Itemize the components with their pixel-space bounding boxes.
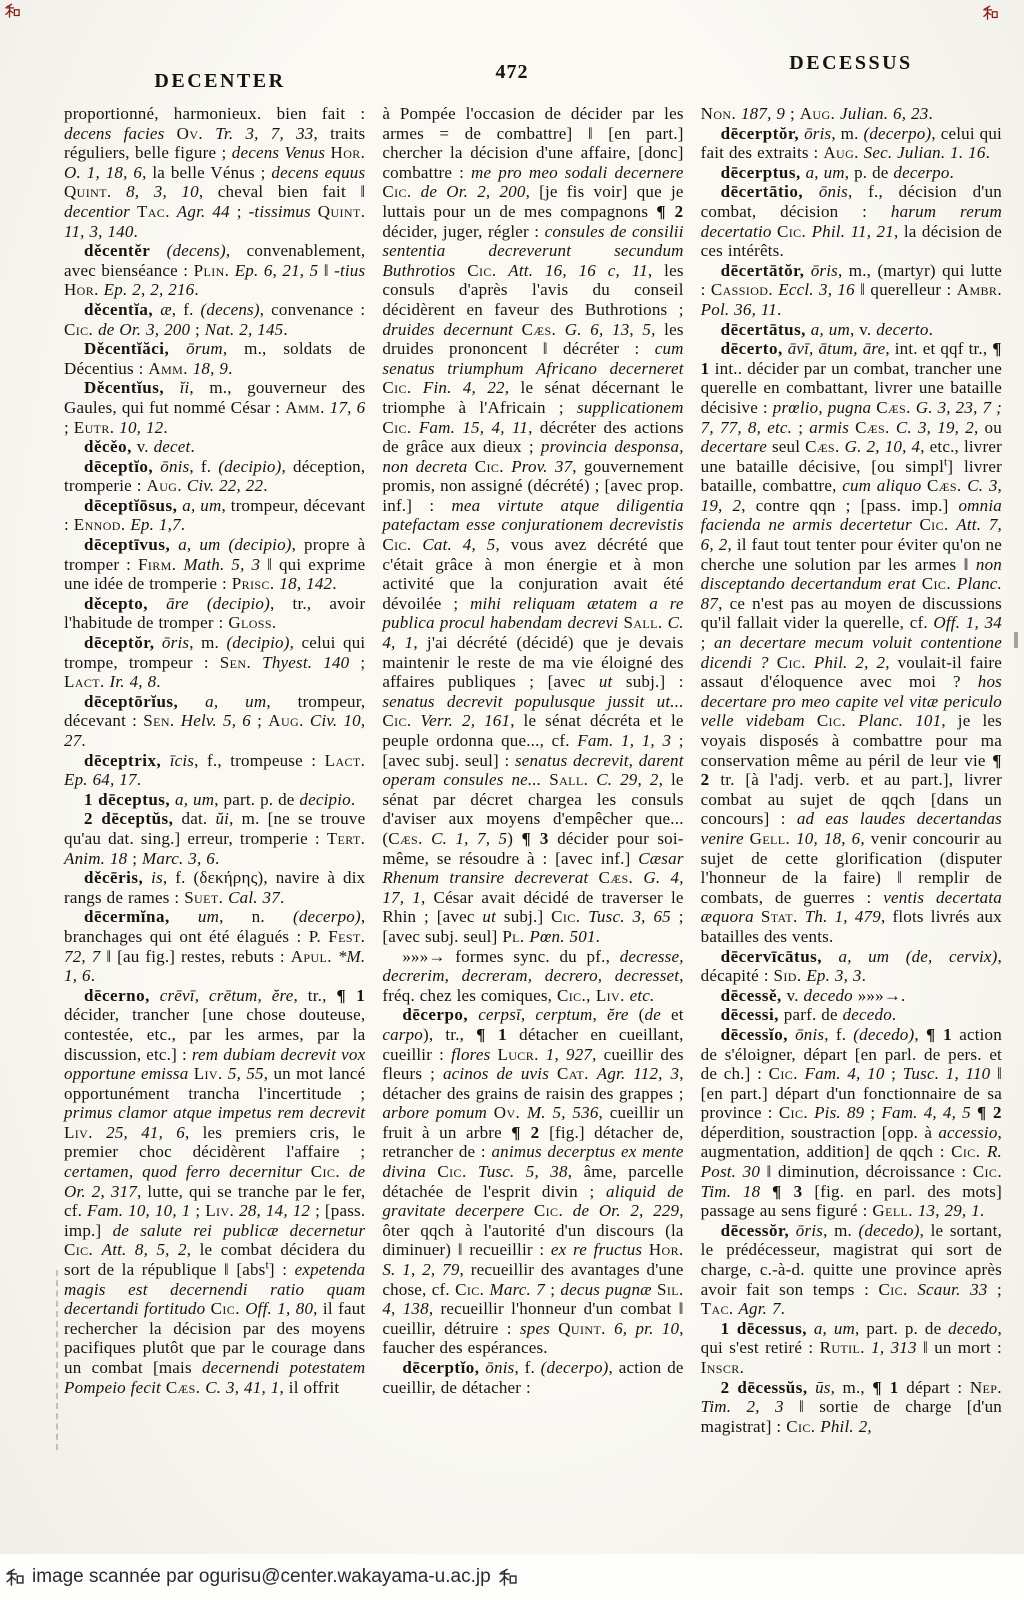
text-run-ital: Ep. 2, 2, 216	[104, 280, 195, 299]
text-run	[496, 261, 508, 280]
entry-paragraph: dēcessĭo, ōnis, f. (decedo), ¶ 1 action …	[701, 1025, 1002, 1221]
text-run-bold: ¶ 3	[772, 1182, 803, 1201]
text-run-ital: a, um	[806, 163, 845, 182]
entry-paragraph: proportionné, harmonieux. bien fait : de…	[64, 104, 365, 241]
text-run	[549, 1064, 557, 1083]
text-run: ;	[190, 320, 205, 339]
kanji-wa-mark	[499, 1568, 517, 1586]
text-run: , v.	[850, 320, 876, 339]
entry-paragraph: dēceptrix, īcis, f., trompeuse : Lact. E…	[64, 751, 365, 790]
text-run	[754, 907, 761, 926]
text-run: , m.,	[831, 1378, 873, 1397]
text-run-ital: Ir. 4, 8	[110, 672, 157, 691]
entry-paragraph: dēcerpo, cerpsī, cerptum, ĕre (de et car…	[382, 1005, 683, 1358]
text-run: .	[81, 731, 85, 750]
text-run-ital: decens facies	[64, 124, 164, 143]
text-run-ital: ōnis	[485, 1358, 514, 1377]
text-run-ital: a, um	[811, 320, 850, 339]
text-run-ital: flores	[451, 1045, 490, 1064]
text-run-smallcaps: Fest.	[328, 927, 365, 946]
text-run: , contre qqn ; [pass. imp.]	[741, 496, 958, 515]
text-run-bold: dēcermĭna,	[84, 907, 170, 926]
text-run-ital: prœlio, pugna	[773, 398, 872, 417]
text-run: ;	[792, 418, 809, 437]
text-run-ital: Fam. 1, 1, 3	[577, 731, 671, 750]
text-run-ital: 18, 9	[193, 359, 228, 378]
text-run-bold: děcentěr	[84, 241, 150, 260]
text-run-ital: Cat. 4, 5	[422, 535, 495, 554]
text-run: , f.	[172, 300, 201, 319]
entry-paragraph: dēcessi, parf. de decedo.	[701, 1005, 1002, 1025]
text-run-ital: C. 3, 19, 2	[896, 418, 974, 437]
text-run: ;	[545, 1280, 560, 1299]
text-run-smallcaps: Firm.	[138, 555, 176, 574]
text-run	[642, 1240, 649, 1259]
text-run-ital: Th. 1, 479	[805, 907, 881, 926]
text-run-ital: āre (decipio)	[166, 594, 270, 613]
text-run: , convenance :	[260, 300, 366, 319]
text-run	[550, 1319, 558, 1338]
entry-paragraph: děcentĭa, æ, f. (decens), convenance : C…	[64, 300, 365, 339]
text-run	[170, 907, 198, 926]
text-run	[426, 1162, 437, 1181]
entry-paragraph: dēcertātus, a, um, v. decerto.	[701, 320, 1002, 340]
entry-paragraph: 2 dēceptŭs, dat. ŭi, m. [ne se trouve qu…	[64, 809, 365, 868]
text-run-smallcaps: Cic.	[922, 574, 951, 593]
text-run-smallcaps: Gloss.	[228, 613, 276, 632]
text-run: .	[280, 888, 284, 907]
text-run-ital: 1, 927	[546, 1045, 592, 1064]
text-run-ital: de Or. 2, 229	[573, 1201, 679, 1220]
text-run-smallcaps: Cic.	[64, 1240, 93, 1259]
text-run: proportionné, harmonieux. bien fait :	[64, 104, 365, 123]
text-run-smallcaps: Inscr.	[701, 1358, 745, 1377]
text-run-ital: æ	[160, 300, 172, 319]
text-run-ital: spes	[520, 1319, 550, 1338]
text-run-ital: Pis. 89	[814, 1103, 864, 1122]
text-run-ital: cum aliquo	[842, 476, 921, 495]
text-run: .	[986, 143, 990, 162]
text-run-ital: Agr. 112, 3	[597, 1064, 679, 1083]
text-run-bold: dēceptīvus,	[84, 535, 170, 554]
text-run-ital: Tr. 3, 7, 33	[215, 124, 313, 143]
text-run-smallcaps: Cæs.	[388, 829, 423, 848]
text-run-ital: decertare	[701, 437, 767, 456]
text-run-bold: děcēris,	[84, 868, 143, 887]
text-run-ital: (decedo)	[859, 1221, 920, 1240]
entry-paragraph: Non. 187, 9 ; Aug. Julian. 6, 23.	[701, 104, 1002, 124]
text-run	[563, 1201, 573, 1220]
text-run-ital: G. 6, 13, 5	[565, 320, 651, 339]
text-run-bold: ¶ 2	[977, 1103, 1002, 1122]
text-run	[633, 868, 643, 887]
entry-paragraph: dēcertātio, ōnis, f., décision d'un comb…	[701, 182, 1002, 260]
text-run-ital: O. 1, 18, 6	[64, 163, 142, 182]
text-run: .	[263, 476, 267, 495]
text-run-ital: decet	[154, 437, 191, 456]
text-run-smallcaps: Cæs.	[166, 1378, 201, 1397]
text-run-ital: crēvī, crētum, ĕre	[160, 986, 294, 1005]
text-run-ital: Off. 1, 80	[245, 1299, 313, 1318]
text-run	[588, 770, 596, 789]
text-run-smallcaps: Gell.	[872, 1201, 913, 1220]
text-run-ital: āvī, ātum, āre	[788, 339, 886, 358]
text-run-smallcaps: Cic.	[437, 1162, 466, 1181]
text-run-ital: -tius	[334, 261, 365, 280]
text-run-ital: īcis	[170, 751, 194, 770]
text-run	[93, 1123, 106, 1142]
text-run-smallcaps: Ov.	[177, 124, 203, 143]
text-run-ital: Ep. 3, 3	[806, 966, 861, 985]
text-run: ;	[988, 1280, 1002, 1299]
text-run-smallcaps: Aug.	[268, 711, 303, 730]
entry-paragraph: dēcessě, v. decedo »»»→.	[701, 986, 1002, 1006]
text-run	[203, 124, 215, 143]
text-run-bold: ¶ 2	[511, 1123, 539, 1142]
text-run-ital: Tusc. 1, 110	[903, 1064, 991, 1083]
text-run-ital: decentior	[64, 202, 130, 221]
text-run-ital: de Or. 2, 200	[421, 182, 526, 201]
text-run-ital: Fam. 4, 10	[805, 1064, 885, 1083]
text-run-ital: 187, 9	[741, 104, 785, 123]
text-run-ital: Phil. 11, 21	[812, 222, 894, 241]
text-run-ital: 25, 41, 6	[106, 1123, 185, 1142]
text-run-ital: Prov. 37	[511, 457, 572, 476]
text-run: , m.	[823, 1221, 858, 1240]
text-run: .	[181, 515, 185, 534]
text-run: dat.	[173, 809, 215, 828]
text-run-ital: certamen, quod ferro decernitur	[64, 1162, 302, 1181]
text-run	[412, 418, 419, 437]
entry-paragraph: děcēris, is, f. (δεκήρης), navire à dix …	[64, 868, 365, 907]
scan-credit-footer: image scannée par ogurisu@center.wakayam…	[0, 1554, 1024, 1600]
text-run-ital: Pol. 36, 11	[701, 300, 777, 319]
text-run	[806, 653, 814, 672]
text-run-smallcaps: Quint.	[558, 1319, 606, 1338]
text-run-bold: dēcessi,	[721, 1005, 779, 1024]
text-run-smallcaps: Cat.	[557, 1064, 589, 1083]
text-run-smallcaps: Tac.	[701, 1299, 734, 1318]
text-run-smallcaps: Cæs.	[805, 437, 840, 456]
text-run-ital: decedo	[948, 1319, 997, 1338]
entry-paragraph: děcěo, v. decet.	[64, 437, 365, 457]
text-run-ital: Fam. 4, 4, 5	[881, 1103, 970, 1122]
text-run-smallcaps: Cic.	[382, 418, 411, 437]
text-run: ;	[127, 849, 142, 868]
text-run-smallcaps: Cic.	[211, 1299, 240, 1318]
text-run-bold: dēceptŏr,	[84, 633, 154, 652]
text-run: ‖	[318, 261, 334, 280]
text-run-bold: dēcertātŏr,	[721, 261, 805, 280]
text-run	[143, 868, 151, 887]
text-run: , il offrit	[279, 1378, 339, 1397]
text-run-ital: ōrum	[186, 339, 223, 358]
text-run-ital: decerto	[876, 320, 928, 339]
text-run: .	[156, 672, 160, 691]
text-run	[539, 1045, 546, 1064]
text-run-bold: dēcerpo,	[402, 1005, 468, 1024]
text-run-bold: ¶ 1	[476, 1025, 507, 1044]
text-run	[908, 1280, 918, 1299]
kanji-wa-mark	[983, 5, 998, 20]
entry-paragraph: dēcertātŏr, ōris, m., (martyr) qui lutte…	[701, 261, 1002, 320]
text-run-smallcaps: Lact.	[325, 751, 366, 770]
text-run: décider, juger, régler :	[382, 222, 544, 241]
text-run	[808, 1378, 815, 1397]
text-run-ital: Sec. Julian. 1. 16	[864, 143, 986, 162]
text-run: départ :	[899, 1378, 970, 1397]
text-columns: proportionné, harmonieux. bien fait : de…	[64, 104, 1002, 1436]
text-run-ital: decens equus	[271, 163, 365, 182]
text-run-bold: ¶ 1	[336, 986, 365, 1005]
text-run-ital: decedo	[804, 986, 853, 1005]
text-run-smallcaps: Cæs.	[876, 398, 911, 417]
text-run	[513, 320, 522, 339]
text-run-ital: 72, 7	[64, 947, 100, 966]
text-run-smallcaps: Nep.	[970, 1378, 1002, 1397]
entry-paragraph: 2 dēcessŭs, ūs, m., ¶ 1 départ : Nep. Ti…	[701, 1378, 1002, 1437]
text-run-smallcaps: Cic., Liv.	[557, 986, 625, 1005]
text-run-ital: (decens)	[167, 241, 226, 260]
text-run: , il faut tout tenter pour éviter qu'on …	[701, 535, 1002, 574]
text-run-ital: um	[198, 907, 219, 926]
text-run-smallcaps: Aug.	[800, 104, 835, 123]
text-run-smallcaps: Sid.	[774, 966, 802, 985]
entry-paragraph: Děcentĭăci, ōrum, m., soldats de Décenti…	[64, 339, 365, 378]
text-run-ital: Agr. 44	[177, 202, 230, 221]
text-run-ital: Verr. 2, 161	[420, 711, 510, 730]
text-run-ital: ut	[599, 672, 613, 691]
text-run-ital: Marc. 7	[490, 1280, 545, 1299]
text-run: ;	[785, 104, 800, 123]
text-run-smallcaps: Cic.	[382, 711, 411, 730]
text-run-smallcaps: Prisc.	[232, 574, 275, 593]
text-run	[112, 182, 127, 201]
kanji-wa-mark	[5, 3, 20, 18]
entry-paragraph: dēcerto, āvī, ātum, āre, int. et qqf tr.…	[701, 339, 1002, 946]
text-run: , n.	[219, 907, 293, 926]
text-run-ital: 28, 14, 12	[239, 1201, 310, 1220]
text-run-smallcaps: Sall.	[549, 770, 588, 789]
text-run-ital: Att. 8, 5, 2	[102, 1240, 187, 1259]
text-run: »»»→ formes sync. du pf.,	[402, 947, 619, 966]
text-run-ital: (decipio)	[226, 633, 289, 652]
text-run: , la belle Vénus ;	[142, 163, 271, 182]
text-run-ital: S. 1, 2, 79	[382, 1260, 459, 1279]
text-run-ital: (decedo)	[853, 1025, 914, 1044]
text-run: .	[928, 104, 932, 123]
text-run-ital: Fam. 15, 4, 11	[419, 418, 528, 437]
text-run	[487, 1103, 494, 1122]
entry-paragraph: dēceptīvus, a, um (decipio), propre à tr…	[64, 535, 365, 594]
text-run: , m.	[831, 124, 863, 143]
scan-artifact-left-dashes	[56, 1270, 58, 1450]
text-run-ital: Fin. 4, 22	[423, 378, 505, 397]
text-run	[169, 339, 186, 358]
text-run-smallcaps: Tert.	[327, 829, 366, 848]
text-run-smallcaps: Cic.	[817, 711, 846, 730]
text-run-bold: dēcerno,	[84, 986, 150, 1005]
text-run-ital: arbore pomum	[382, 1103, 487, 1122]
text-run: .	[781, 1299, 785, 1318]
text-run-bold: dēceptōrĭus,	[84, 692, 178, 711]
entry-paragraph: Děcentĭus, ĭi, m., gouverneur des Gaules…	[64, 378, 365, 437]
text-run-bold: dēceptĭo,	[84, 457, 153, 476]
text-run-smallcaps: Aug.	[147, 476, 182, 495]
entry-paragraph: 1 dēceptus, a, um, part. p. de decipio.	[64, 790, 365, 810]
text-run: .	[980, 1201, 984, 1220]
text-run-smallcaps: Cic.	[879, 1280, 908, 1299]
text-run: , ou	[974, 418, 1002, 437]
text-run-ital: 11, 3, 140	[64, 222, 134, 241]
text-run: )	[507, 829, 521, 848]
text-run-bold: dēcerptus,	[721, 163, 801, 182]
text-run-ital: supplicationem	[577, 398, 684, 417]
text-run-ital: Eccl. 3, 16	[778, 280, 855, 299]
text-run-bold: dēcessě,	[721, 986, 782, 1005]
text-run-ital: G. 2, 10, 4	[845, 437, 921, 456]
text-run	[154, 633, 161, 652]
text-run-ital: Marc. 3, 6	[142, 849, 215, 868]
text-run-ital: Tim. 2, 3	[701, 1397, 784, 1416]
text-run-bold: dēcertātio,	[721, 182, 803, 201]
text-run-bold: děcentĭa,	[84, 300, 153, 319]
text-run-bold: 2 dēceptŭs,	[84, 809, 173, 828]
entry-paragraph: dēceptŏr, ōris, m. (decipio), celui qui …	[64, 633, 365, 692]
text-run	[164, 378, 179, 397]
text-run-smallcaps: Plin.	[194, 261, 230, 280]
text-run	[467, 457, 474, 476]
text-run	[455, 261, 467, 280]
text-run: ;	[349, 653, 365, 672]
text-run	[589, 1064, 597, 1083]
text-run-smallcaps: Suet.	[184, 888, 223, 907]
text-run-smallcaps: Sall.	[623, 613, 662, 632]
text-run-smallcaps: Quint.	[64, 182, 112, 201]
text-run-smallcaps: Liv.	[205, 1201, 234, 1220]
text-run-smallcaps: Sen.	[220, 653, 251, 672]
entry-paragraph: dēceptōrĭus, a, um, trompeur, décevant :…	[64, 692, 365, 751]
text-run	[178, 692, 205, 711]
text-run-ital: -tissimus	[249, 202, 311, 221]
text-run-bold: 2 dēcessŭs,	[721, 1378, 808, 1397]
text-run-bold: dēceptrix,	[84, 751, 161, 770]
text-run: .	[134, 222, 138, 241]
text-run-ital: 10, 18, 6	[796, 829, 860, 848]
text-run-smallcaps: Cic.	[951, 1142, 980, 1161]
text-run-ital: carpo	[382, 1025, 423, 1044]
text-run-ital: a, um	[182, 496, 221, 515]
text-run-bold: Děcentĭus,	[84, 378, 164, 397]
text-run: , cheval bien fait ‖	[199, 182, 366, 201]
text-run: .	[283, 320, 287, 339]
text-run: .	[862, 966, 866, 985]
text-run	[340, 1162, 349, 1181]
entry-paragraph: dēcessŏr, ōris, m. (decedo), le sortant,…	[701, 1221, 1002, 1319]
text-run	[150, 241, 166, 260]
text-run	[467, 1162, 478, 1181]
text-run	[412, 378, 423, 397]
text-run-ital: Nat. 2, 145	[205, 320, 284, 339]
text-run-smallcaps: Lucr.	[497, 1045, 538, 1064]
text-run: ), tr.,	[423, 1025, 476, 1044]
text-run-ital: 6, pr. 10	[614, 1319, 679, 1338]
text-run-ital: ut	[482, 907, 496, 926]
running-head-last-word: DECESSUS	[700, 52, 1002, 75]
text-run-smallcaps: Cic.	[777, 222, 806, 241]
text-run: ‖ diminution, décroissance :	[760, 1162, 973, 1181]
text-run-bold: ¶ 2	[656, 202, 683, 221]
text-run-smallcaps: Cæs.	[855, 418, 890, 437]
scan-credit-text: image scannée par ogurisu@center.wakayam…	[32, 1566, 491, 1588]
text-run: déperdition, soustraction [opp. à	[701, 1123, 939, 1142]
text-run	[170, 202, 177, 221]
text-run	[807, 1319, 814, 1338]
text-run-ital: Ep. 1,7	[130, 515, 180, 534]
text-run-ital: decus pugnæ	[560, 1280, 651, 1299]
entry-paragraph: dēcerno, crēvī, crētum, ĕre, tr., ¶ 1 dé…	[64, 986, 365, 1397]
text-run-smallcaps: Apul.	[291, 947, 332, 966]
text-run-ital: a, um	[205, 692, 266, 711]
text-run	[588, 868, 598, 887]
text-run	[769, 653, 777, 672]
entry-paragraph: dēceptĭōsus, a, um, trompeur, décevant :…	[64, 496, 365, 535]
text-run-bold: dēcessĭo,	[721, 1025, 788, 1044]
text-run-smallcaps: Cic.	[777, 653, 806, 672]
text-run-smallcaps: Cic.	[919, 515, 948, 534]
text-run	[846, 711, 858, 730]
text-run-smallcaps: Cic.	[382, 182, 411, 201]
dictionary-page: DECENTER 472 DECESSUS proportionné, harm…	[0, 0, 1024, 1600]
text-run-ital: Julian. 6, 23	[840, 104, 928, 123]
text-run-ital: Off. 1, 34	[933, 613, 1002, 632]
text-run-ital: C. 3, 41, 1	[205, 1378, 279, 1397]
text-run-smallcaps: Aug.	[823, 143, 858, 162]
text-run-ital: (decipio)	[218, 457, 281, 476]
text-run-ital: (decerpo)	[863, 124, 931, 143]
text-run	[148, 594, 166, 613]
text-run: .	[190, 437, 194, 456]
text-run-smallcaps: Liv.	[194, 1064, 223, 1083]
text-run-smallcaps: Cic.	[382, 378, 411, 397]
text-run-ital: Tusc. 3, 65	[588, 907, 671, 926]
text-run-ital: ŭi	[215, 809, 229, 828]
scan-artifact-right-mark	[1014, 632, 1018, 648]
text-run	[130, 202, 137, 221]
text-run: ‖ un mort :	[917, 1338, 1002, 1357]
text-run-ital: (decens)	[201, 300, 260, 319]
text-run-ital: decens Venus	[232, 143, 325, 162]
text-run-bold: dēcertātus,	[721, 320, 806, 339]
text-run: , p. de	[845, 163, 894, 182]
text-run: ;	[251, 711, 268, 730]
text-run: parf. de	[779, 1005, 843, 1024]
text-run-smallcaps: Ov.	[494, 1103, 520, 1122]
text-run-ital: primus clamor atque impetus rem decrevit	[64, 1103, 365, 1122]
text-run-bold: ¶ 3	[521, 829, 548, 848]
text-run-bold: 1 dēcessus,	[721, 1319, 807, 1338]
text-run: .	[596, 927, 600, 946]
text-run-ital: ōnis	[160, 457, 189, 476]
text-run-ital: Scaur. 33	[917, 1280, 987, 1299]
text-run-ital: a, um (decipio)	[178, 535, 291, 554]
text-run-ital: ōnis	[819, 182, 848, 201]
text-run-smallcaps: Ambr.	[957, 280, 1002, 299]
entry-paragraph: dēceptĭo, ōnis, f. (decipio), déception,…	[64, 457, 365, 496]
text-run-ital: 10, 12	[119, 418, 163, 437]
column-3: Non. 187, 9 ; Aug. Julian. 6, 23.dēcerpt…	[701, 104, 1002, 1436]
text-run	[93, 1240, 101, 1259]
